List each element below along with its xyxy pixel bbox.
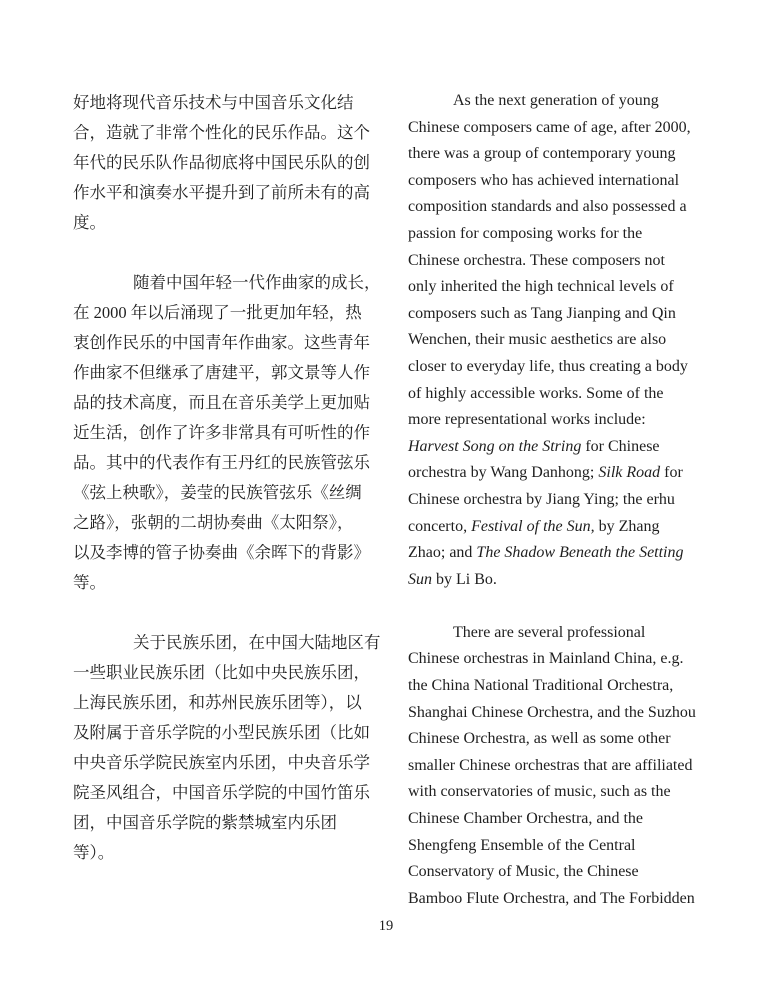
text-run: Bamboo Flute Orchestra, and The Forbidde… <box>408 890 695 907</box>
text-run: closer to everyday life, thus creating a… <box>408 358 688 375</box>
text-run: Chinese composers came of age, after 200… <box>408 119 691 136</box>
text-line: the China National Traditional Orchestra… <box>408 673 708 700</box>
text-line: orchestra by Wang Danhong; Silk Road for <box>408 460 708 487</box>
paragraph: 关于民族乐团，在中国大陆地区有一些职业民族乐团（比如中央民族乐团，上海民族乐团，… <box>73 628 377 868</box>
text-run: Chinese orchestra. These composers not <box>408 252 665 269</box>
text-line: 合，造就了非常个性化的民乐作品。这个 <box>73 118 377 148</box>
paragraph: There are several professionalChinese or… <box>408 620 708 913</box>
text-run: 品的技术高度，而且在音乐美学上更加贴 <box>73 393 370 412</box>
text-line: Sun by Li Bo. <box>408 567 708 594</box>
text-run: the China National Traditional Orchestra… <box>408 677 673 694</box>
text-line: Chinese orchestra. These composers not <box>408 248 708 275</box>
text-run: orchestra by Wang Danhong; <box>408 464 598 481</box>
text-run: 度。 <box>73 213 106 232</box>
text-run: by Zhang <box>595 518 660 535</box>
text-line: 之路》，张朝的二胡协奏曲《太阳祭》， <box>73 508 377 538</box>
text-run: Wenchen, their music aesthetics are also <box>408 331 666 348</box>
text-run: concerto, <box>408 518 471 535</box>
text-line: 院圣风组合，中国音乐学院的中国竹笛乐 <box>73 778 377 808</box>
text-run: for <box>660 464 683 481</box>
text-run: Zhao; and <box>408 544 476 561</box>
text-line: passion for composing works for the <box>408 221 708 248</box>
text-run: only inherited the high technical levels… <box>408 278 674 295</box>
document-page: 好地将现代音乐技术与中国音乐文化结合，造就了非常个性化的民乐作品。这个年代的民乐… <box>0 0 772 1000</box>
text-line: Wenchen, their music aesthetics are also <box>408 327 708 354</box>
text-run: Shengfeng Ensemble of the Central <box>408 837 636 854</box>
text-line: 随着中国年轻一代作曲家的成长， <box>73 268 377 298</box>
text-run: 合，造就了非常个性化的民乐作品。这个 <box>73 123 370 142</box>
text-run: 好地将现代音乐技术与中国音乐文化结 <box>73 93 354 112</box>
text-line: composition standards and also possessed… <box>408 194 708 221</box>
text-line: 品。其中的代表作有王丹红的民族管弦乐 <box>73 448 377 478</box>
text-line: 等。 <box>73 568 377 598</box>
text-line: Chinese Chamber Orchestra, and the <box>408 806 708 833</box>
text-line: Harvest Song on the String for Chinese <box>408 434 708 461</box>
text-run: 之路》，张朝的二胡协奏曲《太阳祭》， <box>73 513 354 532</box>
text-line: of highly accessible works. Some of the <box>408 381 708 408</box>
text-line: 作曲家不但继承了唐建平，郭文景等人作 <box>73 358 377 388</box>
text-run: 《弦上秧歌》，姜莹的民族管弦乐《丝绸 <box>73 483 362 502</box>
text-line: 品的技术高度，而且在音乐美学上更加贴 <box>73 388 377 418</box>
text-line: closer to everyday life, thus creating a… <box>408 354 708 381</box>
text-run: 院圣风组合，中国音乐学院的中国竹笛乐 <box>73 783 370 802</box>
text-run: 品。其中的代表作有王丹红的民族管弦乐 <box>73 453 370 472</box>
text-run: 作曲家不但继承了唐建平，郭文景等人作 <box>73 363 370 382</box>
text-run: 随着中国年轻一代作曲家的成长， <box>133 273 381 292</box>
text-line: smaller Chinese orchestras that are affi… <box>408 753 708 780</box>
text-line: 一些职业民族乐团（比如中央民族乐团， <box>73 658 377 688</box>
paragraph: 随着中国年轻一代作曲家的成长，在 2000 年以后涌现了一批更加年轻，热衷创作民… <box>73 268 377 598</box>
text-line: 及附属于音乐学院的小型民族乐团（比如 <box>73 718 377 748</box>
text-line: 上海民族乐团，和苏州民族乐团等），以 <box>73 688 377 718</box>
text-line: composers such as Tang Jianping and Qin <box>408 301 708 328</box>
text-line: 团，中国音乐学院的紫禁城室内乐团 <box>73 808 377 838</box>
text-line: 以及李博的管子协奏曲《余晖下的背影》 <box>73 538 377 568</box>
text-run: 团，中国音乐学院的紫禁城室内乐团 <box>73 813 337 832</box>
text-line: only inherited the high technical levels… <box>408 274 708 301</box>
text-run: 关于民族乐团，在中国大陆地区有 <box>133 633 381 652</box>
text-run: Chinese orchestra by Jiang Ying; the erh… <box>408 491 675 508</box>
text-line: Chinese Orchestra, as well as some other <box>408 726 708 753</box>
text-line: composers who has achieved international <box>408 168 708 195</box>
text-run: 等。 <box>73 573 106 592</box>
text-line: Zhao; and The Shadow Beneath the Setting <box>408 540 708 567</box>
text-run: there was a group of contemporary young <box>408 145 675 162</box>
text-run: composers such as Tang Jianping and Qin <box>408 305 676 322</box>
text-line: Chinese orchestras in Mainland China, e.… <box>408 646 708 673</box>
text-run: passion for composing works for the <box>408 225 642 242</box>
text-run: with conservatories of music, such as th… <box>408 783 671 800</box>
text-line: As the next generation of young <box>408 88 708 115</box>
text-line: Chinese composers came of age, after 200… <box>408 115 708 142</box>
text-line: There are several professional <box>408 620 708 647</box>
text-line: with conservatories of music, such as th… <box>408 779 708 806</box>
text-line: Chinese orchestra by Jiang Ying; the erh… <box>408 487 708 514</box>
text-line: there was a group of contemporary young <box>408 141 708 168</box>
paragraph: 好地将现代音乐技术与中国音乐文化结合，造就了非常个性化的民乐作品。这个年代的民乐… <box>73 88 377 238</box>
text-line: 度。 <box>73 208 377 238</box>
text-run: 一些职业民族乐团（比如中央民族乐团， <box>73 663 370 682</box>
text-run: of highly accessible works. Some of the <box>408 385 664 402</box>
paragraph: As the next generation of youngChinese c… <box>408 88 708 593</box>
english-column: As the next generation of youngChinese c… <box>408 88 708 912</box>
text-run: 中央音乐学院民族室内乐团，中央音乐学 <box>73 753 370 772</box>
text-line: Conservatory of Music, the Chinese <box>408 859 708 886</box>
italic-text-run: Sun <box>408 571 432 588</box>
text-run: for Chinese <box>581 438 659 455</box>
italic-text-run: Festival of the Sun, <box>471 518 595 535</box>
text-line: 在 2000 年以后涌现了一批更加年轻，热 <box>73 298 377 328</box>
text-run: Chinese orchestras in Mainland China, e.… <box>408 650 684 667</box>
text-run: 衷创作民乐的中国青年作曲家。这些青年 <box>73 333 370 352</box>
text-run: 在 2000 年以后涌现了一批更加年轻，热 <box>73 303 362 322</box>
text-line: Bamboo Flute Orchestra, and The Forbidde… <box>408 886 708 913</box>
text-line: 年代的民乐队作品彻底将中国民乐队的创 <box>73 148 377 178</box>
text-line: 衷创作民乐的中国青年作曲家。这些青年 <box>73 328 377 358</box>
text-line: 关于民族乐团，在中国大陆地区有 <box>73 628 377 658</box>
text-line: more representational works include: <box>408 407 708 434</box>
text-run: 以及李博的管子协奏曲《余晖下的背影》 <box>73 543 370 562</box>
text-run: by Li Bo. <box>432 571 497 588</box>
chinese-column: 好地将现代音乐技术与中国音乐文化结合，造就了非常个性化的民乐作品。这个年代的民乐… <box>73 88 377 868</box>
text-run: There are several professional <box>453 624 645 641</box>
text-line: 等）。 <box>73 838 377 868</box>
text-run: Conservatory of Music, the Chinese <box>408 863 639 880</box>
text-line: 作水平和演奏水平提升到了前所未有的高 <box>73 178 377 208</box>
text-line: 近生活，创作了许多非常具有可听性的作 <box>73 418 377 448</box>
page-number: 19 <box>0 918 772 935</box>
text-line: concerto, Festival of the Sun, by Zhang <box>408 514 708 541</box>
text-run: 等）。 <box>73 843 114 862</box>
italic-text-run: Silk Road <box>598 464 660 481</box>
text-run: composition standards and also possessed… <box>408 198 687 215</box>
text-run: 上海民族乐团，和苏州民族乐团等），以 <box>73 693 362 712</box>
text-run: smaller Chinese orchestras that are affi… <box>408 757 692 774</box>
text-line: 好地将现代音乐技术与中国音乐文化结 <box>73 88 377 118</box>
text-run: Chinese Orchestra, as well as some other <box>408 730 671 747</box>
text-run: Chinese Chamber Orchestra, and the <box>408 810 643 827</box>
text-line: 《弦上秧歌》，姜莹的民族管弦乐《丝绸 <box>73 478 377 508</box>
text-line: Shanghai Chinese Orchestra, and the Suzh… <box>408 700 708 727</box>
text-run: 近生活，创作了许多非常具有可听性的作 <box>73 423 370 442</box>
text-run: 及附属于音乐学院的小型民族乐团（比如 <box>73 723 370 742</box>
text-run: 作水平和演奏水平提升到了前所未有的高 <box>73 183 370 202</box>
text-run: 年代的民乐队作品彻底将中国民乐队的创 <box>73 153 370 172</box>
text-run: composers who has achieved international <box>408 172 679 189</box>
text-run: As the next generation of young <box>453 92 659 109</box>
text-run: Shanghai Chinese Orchestra, and the Suzh… <box>408 704 696 721</box>
text-line: Shengfeng Ensemble of the Central <box>408 833 708 860</box>
italic-text-run: The Shadow Beneath the Setting <box>476 544 683 561</box>
italic-text-run: Harvest Song on the String <box>408 438 581 455</box>
text-run: more representational works include: <box>408 411 646 428</box>
text-line: 中央音乐学院民族室内乐团，中央音乐学 <box>73 748 377 778</box>
